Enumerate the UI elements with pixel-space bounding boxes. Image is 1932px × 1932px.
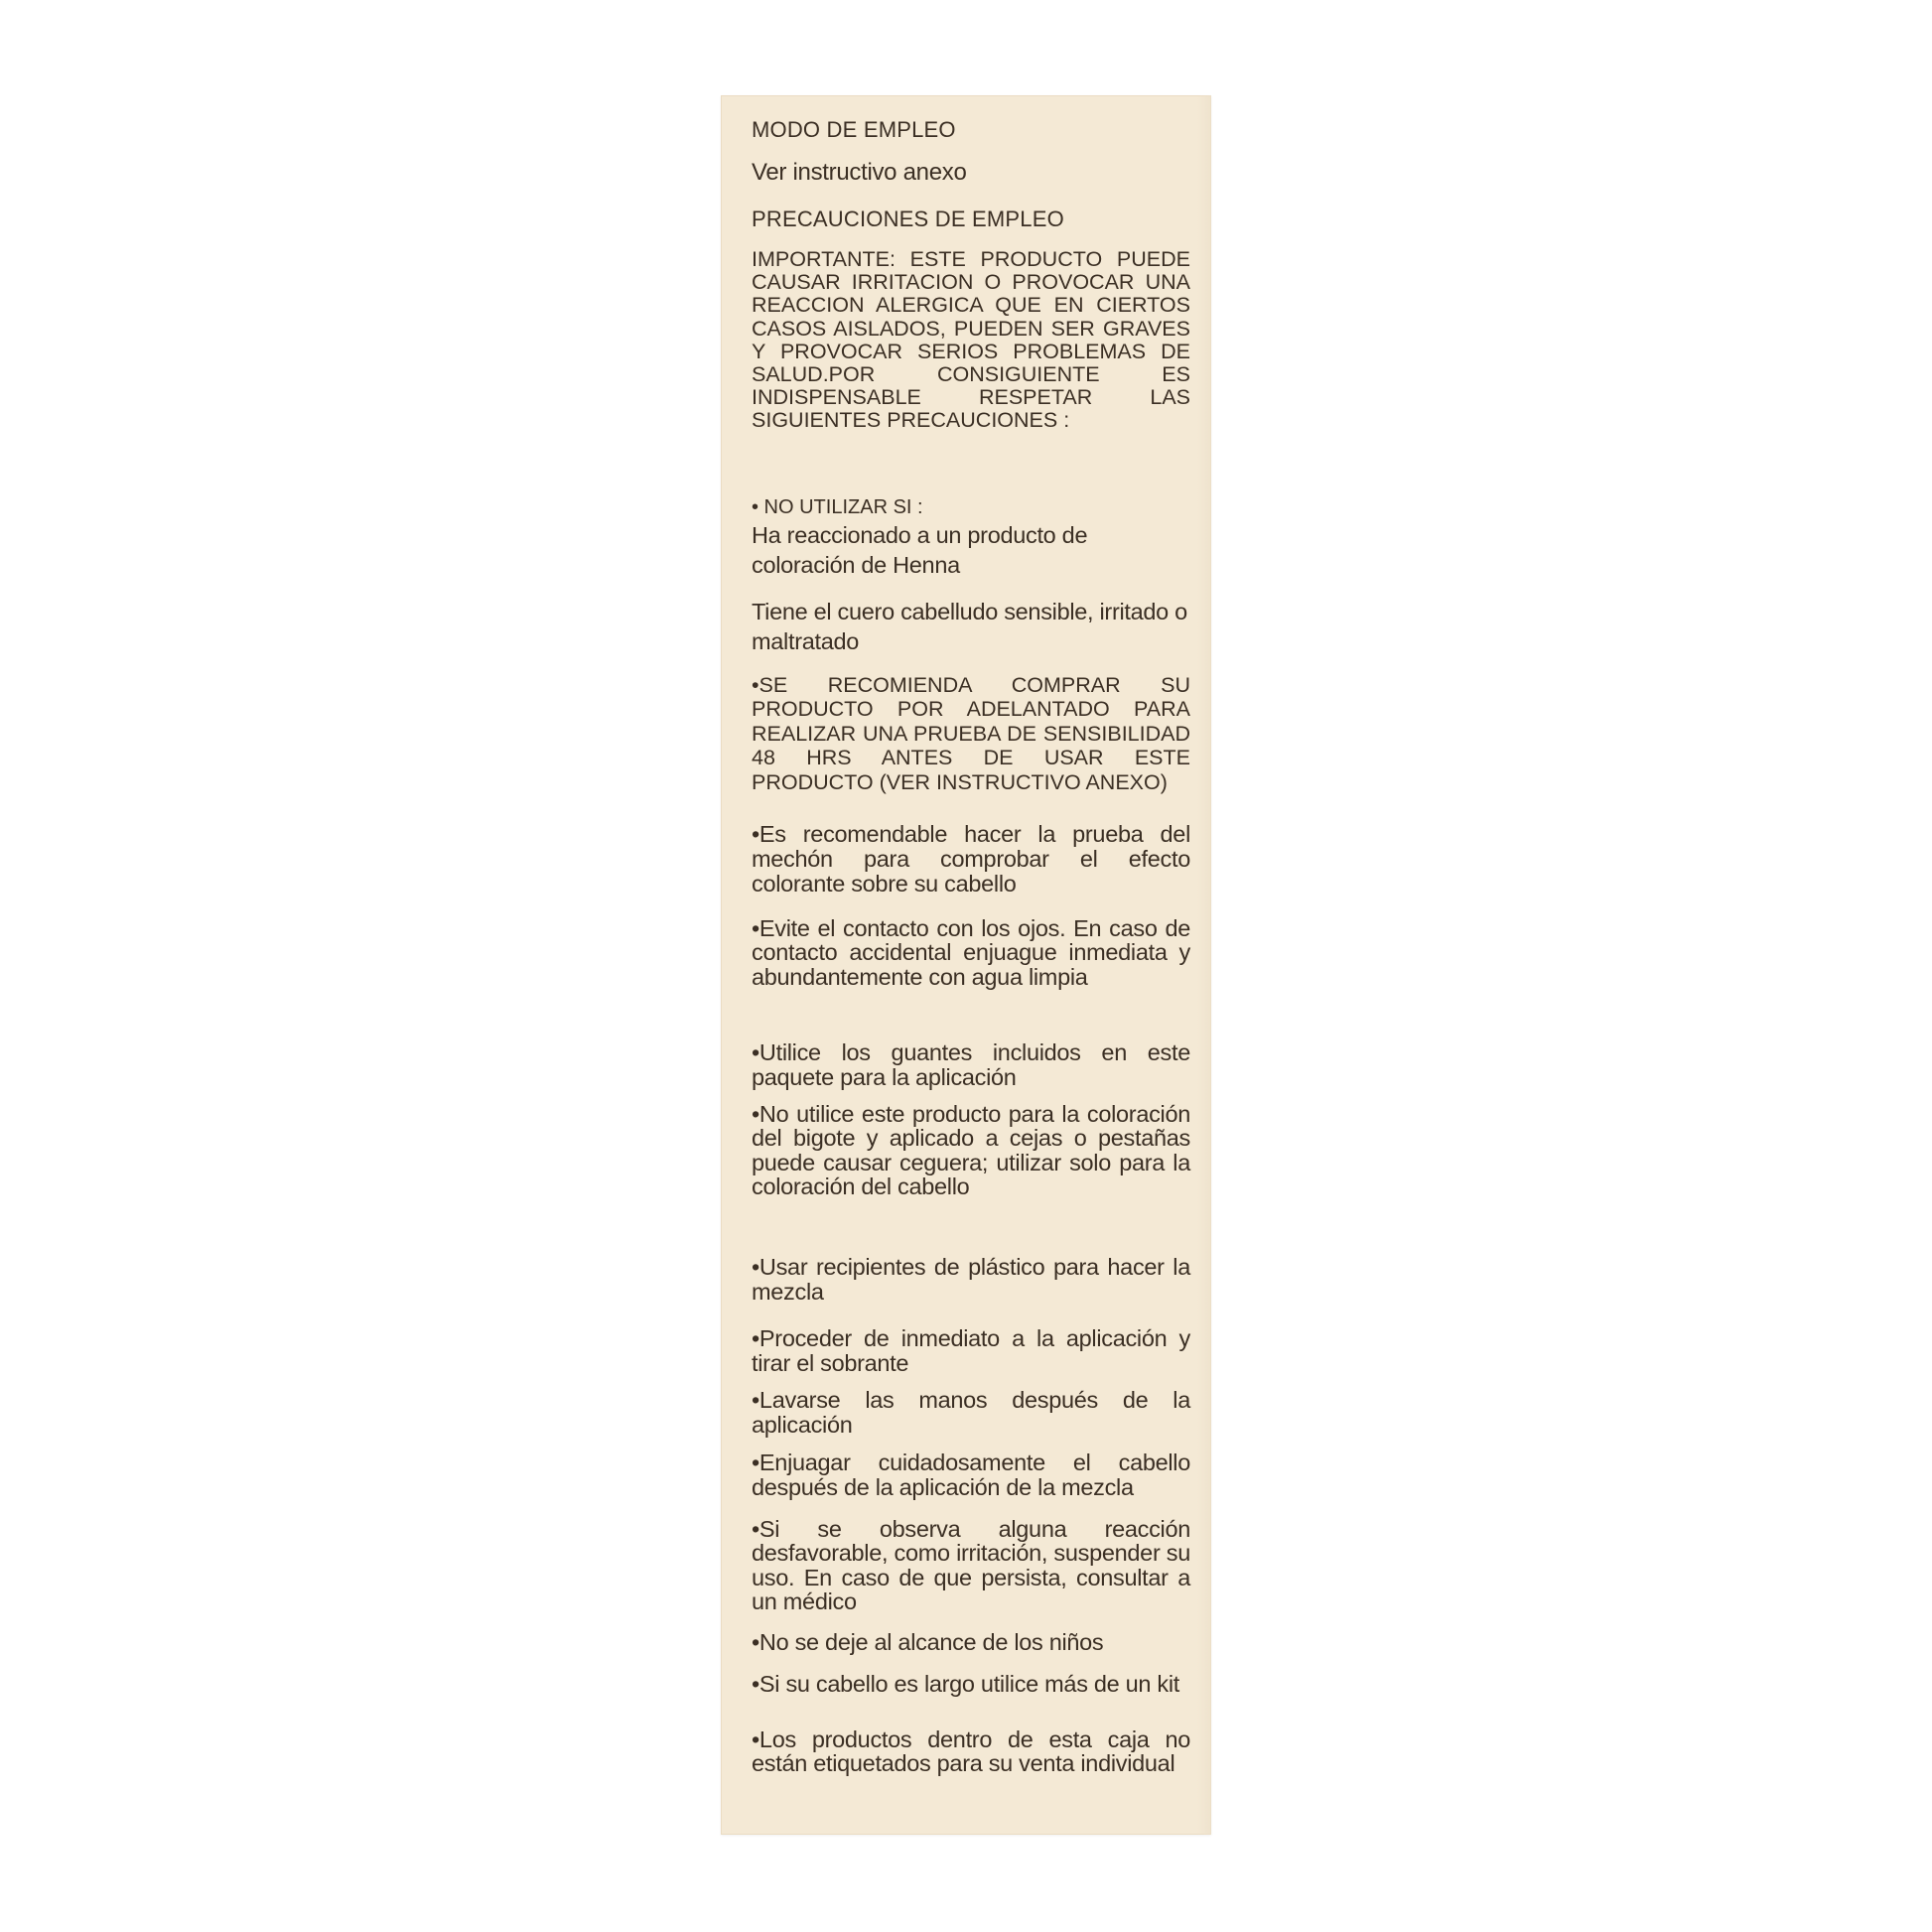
- importante-warning: IMPORTANTE: ESTE PRODUCTO PUEDE CAUSAR I…: [752, 248, 1190, 433]
- precaution-item: •Proceder de inmediato a la aplicación y…: [752, 1326, 1190, 1376]
- precaution-item: •Los productos dentro de esta caja no es…: [752, 1727, 1190, 1776]
- precaution-item: •No se deje al alcance de los niños: [752, 1630, 1190, 1655]
- precaution-item: •No utilice este producto para la colora…: [752, 1102, 1190, 1199]
- precaution-item: •Es recomendable hacer la prueba del mec…: [752, 822, 1190, 897]
- package-side-panel: MODO DE EMPLEO Ver instructivo anexo PRE…: [721, 95, 1211, 1835]
- precaution-item: •Lavarse las manos después de la aplicac…: [752, 1388, 1190, 1438]
- precaution-item: •Usar recipientes de plástico para hacer…: [752, 1255, 1190, 1305]
- precaution-item: •SE RECOMIENDA COMPRAR SU PRODUCTO POR A…: [752, 673, 1190, 794]
- precaution-item: •Si se observa alguna reacción desfavora…: [752, 1517, 1190, 1614]
- precaution-item: •Evite el contacto con los ojos. En caso…: [752, 916, 1190, 989]
- no-utilizar-condition: Ha reaccionado a un producto de coloraci…: [752, 520, 1190, 580]
- precauciones-heading: PRECAUCIONES DE EMPLEO: [752, 205, 1190, 233]
- modo-de-empleo-text: Ver instructivo anexo: [752, 158, 1190, 187]
- no-utilizar-label: • NO UTILIZAR SI :: [752, 494, 1190, 520]
- precaution-item: •Si su cabello es largo utilice más de u…: [752, 1672, 1190, 1696]
- precaution-item: •Utilice los guantes incluidos en este p…: [752, 1040, 1190, 1090]
- precaution-item: •Enjuagar cuidadosamente el cabello desp…: [752, 1450, 1190, 1500]
- modo-de-empleo-heading: MODO DE EMPLEO: [752, 115, 1190, 144]
- no-utilizar-condition: Tiene el cuero cabelludo sensible, irrit…: [752, 597, 1190, 656]
